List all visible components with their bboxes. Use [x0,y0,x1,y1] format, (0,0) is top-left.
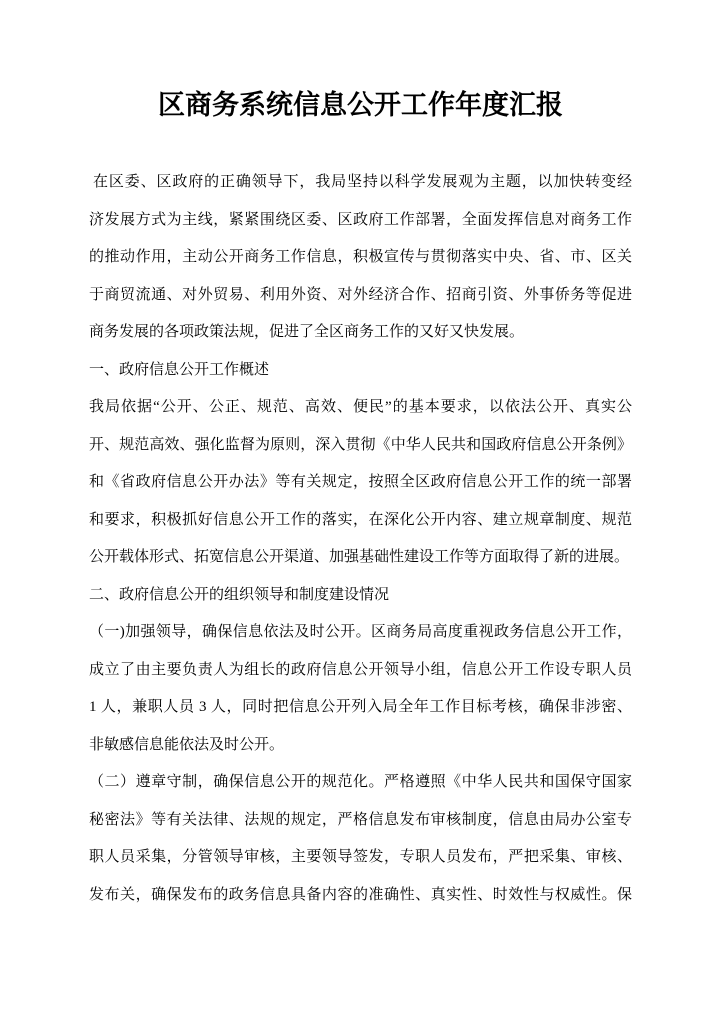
document-title: 区商务系统信息公开工作年度汇报 [0,0,721,126]
text-line: 于商贸流通、对外贸易、利用外资、对外经济合作、招商引资、外事侨务等促进 [89,277,632,315]
text-line: 济发展方式为主线，紧紧围绕区委、区政府工作部署，全面发挥信息对商务工作 [89,202,632,240]
text-line: 开、规范高效、强化监督为原则，深入贯彻《中华人民共和国政府信息公开条例》 [89,427,632,465]
section-heading: 二、政府信息公开的组织领导和制度建设情况 [89,577,632,615]
text-line: 公开载体形式、拓宽信息公开渠道、加强基础性建设工作等方面取得了新的进展。 [89,539,632,577]
text-line: 商务发展的各项政策法规，促进了全区商务工作的又好又快发展。 [89,314,632,352]
text-line: （二）遵章守制，确保信息公开的规范化。严格遵照《中华人民共和国保守国家 [89,764,632,802]
text-line: 和要求，积极抓好信息公开工作的落实，在深化公开内容、建立规章制度、规范 [89,502,632,540]
document-body: 在区委、区政府的正确领导下，我局坚持以科学发展观为主题，以加快转变经济发展方式为… [89,164,632,914]
text-line: 成立了由主要负责人为组长的政府信息公开领导小组，信息公开工作设专职人员 [89,652,632,690]
text-line: 我局依据“公开、公正、规范、高效、便民”的基本要求，以依法公开、真实公 [89,389,632,427]
text-line: 发布关，确保发布的政务信息具备内容的准确性、真实性、时效性与权威性。保 [89,877,632,915]
text-line: 非敏感信息能依法及时公开。 [89,727,632,765]
text-line: 和《省政府信息公开办法》等有关规定，按照全区政府信息公开工作的统一部署 [89,464,632,502]
text-line: 在区委、区政府的正确领导下，我局坚持以科学发展观为主题，以加快转变经 [89,164,632,202]
text-line: 职人员采集，分管领导审核，主要领导签发，专职人员发布，严把采集、审核、 [89,839,632,877]
text-line: 的推动作用，主动公开商务工作信息，积极宣传与贯彻落实中央、省、市、区关 [89,239,632,277]
section-heading: 一、政府信息公开工作概述 [89,352,632,390]
document-page: 区商务系统信息公开工作年度汇报 在区委、区政府的正确领导下，我局坚持以科学发展观… [0,0,721,1020]
text-line: 秘密法》等有关法律、法规的规定，严格信息发布审核制度，信息由局办公室专 [89,802,632,840]
text-line: （一)加强领导，确保信息依法及时公开。区商务局高度重视政务信息公开工作， [89,614,632,652]
text-line: 1 人，兼职人员 3 人，同时把信息公开列入局全年工作目标考核，确保非涉密、 [89,689,632,727]
